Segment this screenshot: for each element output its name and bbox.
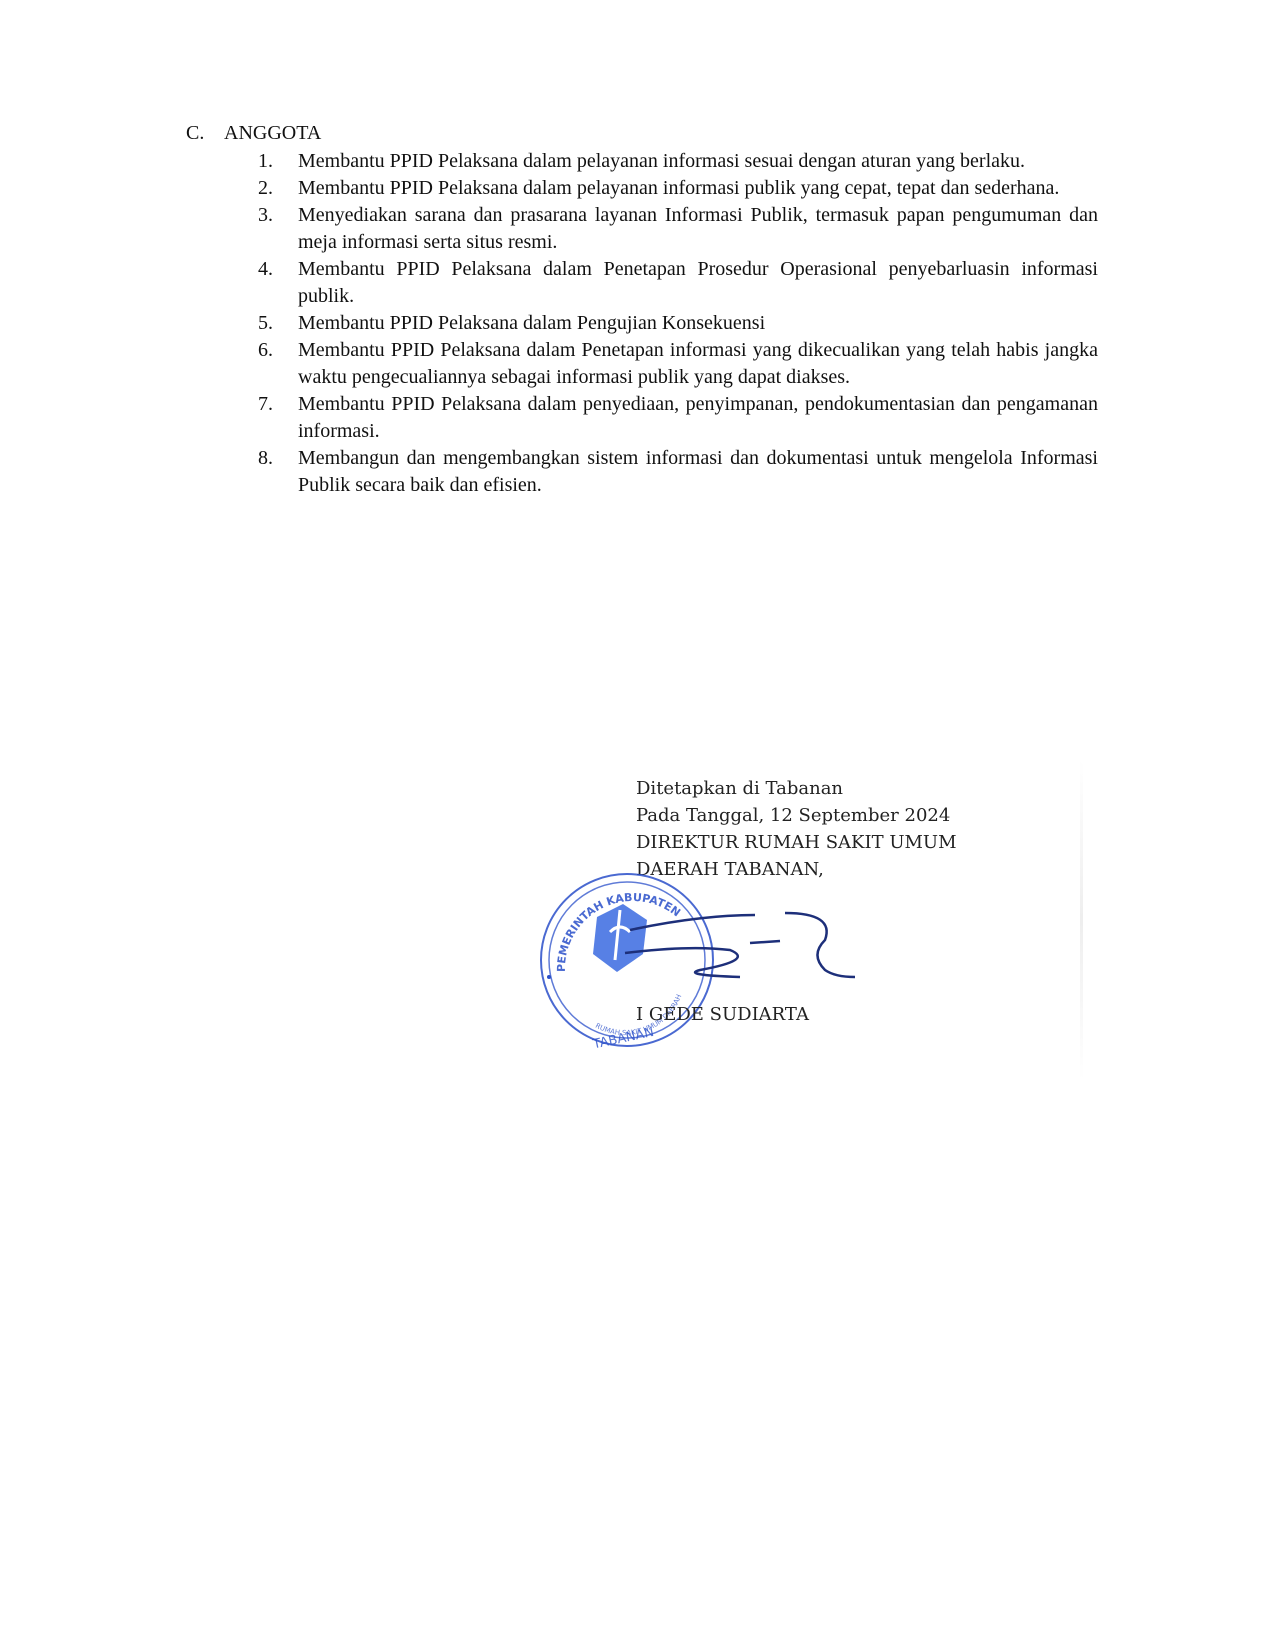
item-number: 7. (258, 391, 273, 418)
list-item: 4.Membantu PPID Pelaksana dalam Penetapa… (258, 256, 1098, 310)
signature-scribble-icon (620, 905, 870, 985)
duties-list: 1.Membantu PPID Pelaksana dalam pelayana… (258, 148, 1098, 499)
list-item: 3.Menyediakan sarana dan prasarana layan… (258, 202, 1098, 256)
item-number: 4. (258, 256, 273, 283)
item-number: 1. (258, 148, 273, 175)
item-text: Menyediakan sarana dan prasarana layanan… (298, 204, 1098, 253)
item-number: 8. (258, 445, 273, 472)
item-number: 6. (258, 337, 273, 364)
item-text: Membantu PPID Pelaksana dalam Pengujian … (298, 312, 765, 334)
scan-edge-shadow (1080, 760, 1083, 1080)
signer-name: I GEDE SUDIARTA (636, 1004, 809, 1025)
item-text: Membantu PPID Pelaksana dalam penyediaan… (298, 393, 1098, 442)
list-item: 7.Membantu PPID Pelaksana dalam penyedia… (258, 391, 1098, 445)
document-page: C.ANGGOTA 1.Membantu PPID Pelaksana dala… (0, 0, 1275, 1650)
section-letter: C. (186, 122, 224, 145)
item-text: Membantu PPID Pelaksana dalam pelayanan … (298, 150, 1025, 172)
section-title: ANGGOTA (224, 122, 321, 144)
item-text: Membantu PPID Pelaksana dalam Penetapan … (298, 339, 1098, 388)
list-item: 8.Membangun dan mengembangkan sistem inf… (258, 445, 1098, 499)
item-number: 2. (258, 175, 273, 202)
signature-position-1: DIREKTUR RUMAH SAKIT UMUM (636, 829, 957, 856)
signature-date: Pada Tanggal, 12 September 2024 (636, 802, 957, 829)
item-text: Membangun dan mengembangkan sistem infor… (298, 447, 1098, 496)
signature-place: Ditetapkan di Tabanan (636, 775, 957, 802)
list-item: 2.Membantu PPID Pelaksana dalam pelayana… (258, 175, 1098, 202)
item-text: Membantu PPID Pelaksana dalam Penetapan … (298, 258, 1098, 307)
list-item: 5.Membantu PPID Pelaksana dalam Pengujia… (258, 310, 1098, 337)
section-heading: C.ANGGOTA (186, 122, 321, 145)
item-text: Membantu PPID Pelaksana dalam pelayanan … (298, 177, 1059, 199)
list-item: 1.Membantu PPID Pelaksana dalam pelayana… (258, 148, 1098, 175)
item-number: 5. (258, 310, 273, 337)
item-number: 3. (258, 202, 273, 229)
list-item: 6.Membantu PPID Pelaksana dalam Penetapa… (258, 337, 1098, 391)
